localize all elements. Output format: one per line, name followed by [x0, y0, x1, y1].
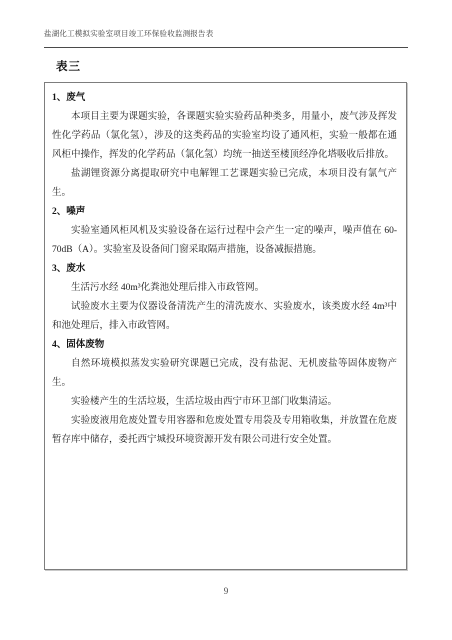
page-number: 9	[0, 586, 452, 596]
header-rule	[44, 47, 408, 48]
report-table: 1、废气本项目主要为课题实验，各课题实验实验药品种类多，用量小，废气涉及挥发性化…	[44, 82, 407, 570]
section-paragraph: 盐湖锂资源分离提取研究中电解锂工艺课题实验已完成，本项目没有氯气产生。	[52, 165, 397, 203]
section-heading: 1、废气	[52, 89, 397, 108]
section-paragraph: 生活污水经 40m³化粪池处理后排入市政管网。	[52, 279, 397, 298]
section-paragraph: 自然环境模拟蒸发实验研究课题已完成，没有盐泥、无机废盐等固体废物产生。	[52, 355, 397, 393]
section-paragraph: 实验废液用危废处置专用容器和危废处置专用袋及专用箱收集，并放置在危废暂存库中储存…	[52, 412, 397, 450]
section-paragraph: 试验废水主要为仪器设备清洗产生的清洗废水、实验废水，该类废水经 4m³中和池处理…	[52, 298, 397, 336]
section-paragraph: 本项目主要为课题实验，各课题实验实验药品种类多，用量小，废气涉及挥发性化学药品（…	[52, 108, 397, 165]
table-label: 表三	[56, 58, 81, 74]
section-heading: 2、噪声	[52, 203, 397, 222]
section-heading: 3、废水	[52, 260, 397, 279]
header-title: 盐湖化工模拟实验室项目竣工环保验收监测报告表	[44, 28, 213, 39]
section-heading: 4、固体废物	[52, 336, 397, 355]
section-paragraph: 实验室通风柜风机及实验设备在运行过程中会产生一定的噪声，噪声值在 60-70dB…	[52, 222, 397, 260]
section-paragraph: 实验楼产生的生活垃圾，生活垃圾由西宁市环卫部门收集清运。	[52, 393, 397, 412]
